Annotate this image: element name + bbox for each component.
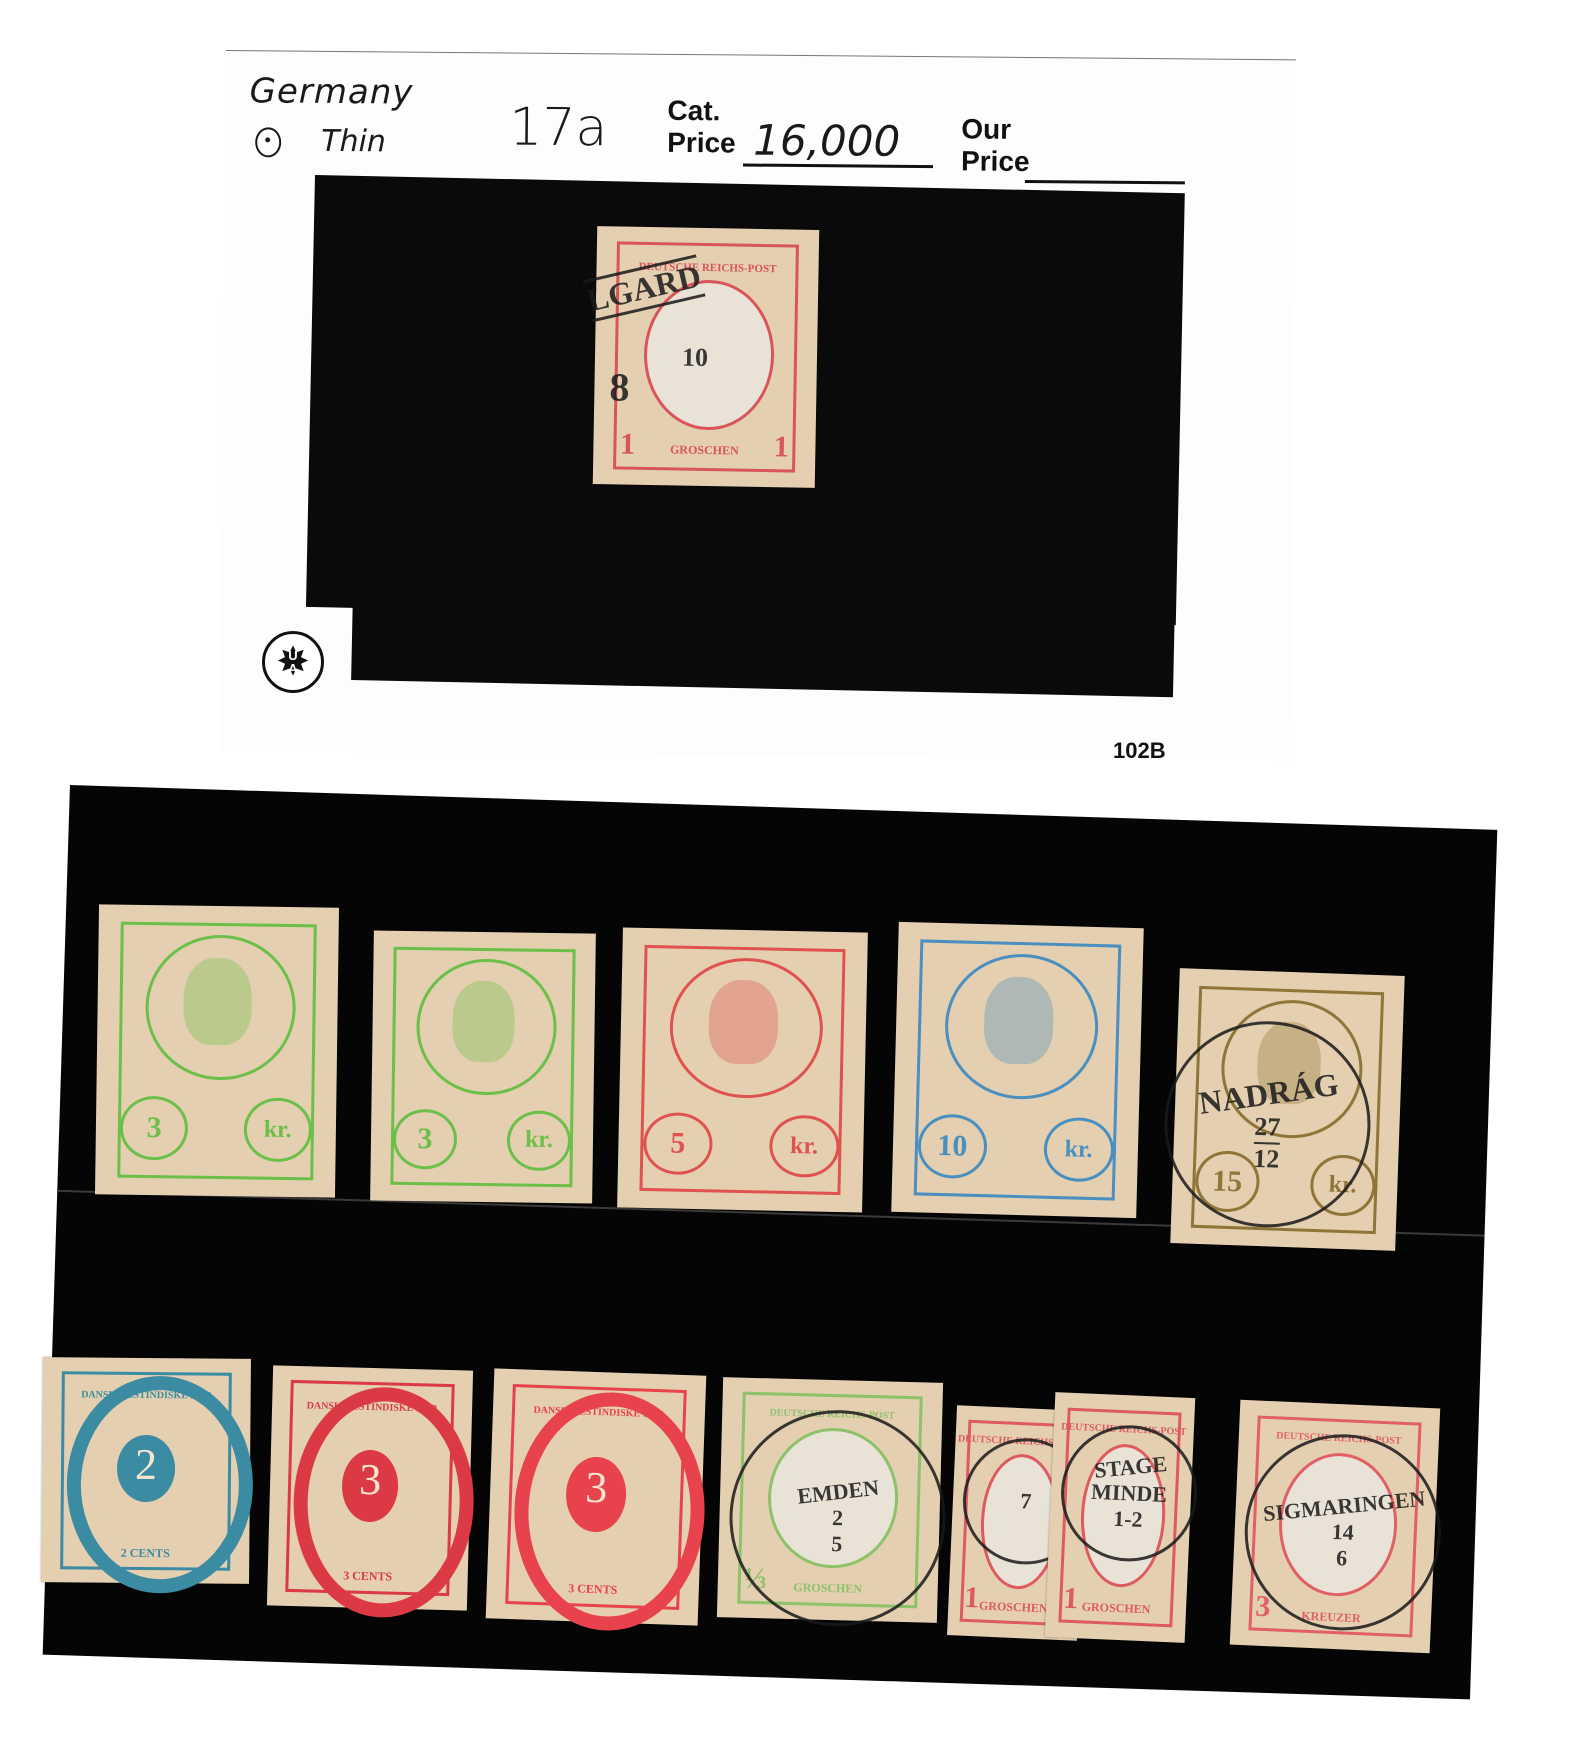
cat-price-value: 16,000 — [753, 116, 900, 166]
stamp-hungary[interactable]: 5kr. — [617, 927, 868, 1212]
portrait-head — [183, 958, 251, 1046]
stamp-danish-west-indies[interactable]: DANSK-VESTINDISKE ØER33 CENTS — [486, 1368, 707, 1625]
price-label: Price — [667, 127, 736, 160]
stamp-value: 3 — [393, 1108, 458, 1169]
stamp-danish-west-indies[interactable]: DANSK-VESTINDISKE ØER33 CENTS — [267, 1365, 473, 1610]
stamp-hungary[interactable]: 10kr. — [891, 922, 1144, 1218]
stamp-value: 3 — [490, 1458, 704, 1516]
our-label: Our — [961, 113, 1030, 146]
stamp-german-empire[interactable]: DEUTSCHE REICHS-POST1GROSCHENSTAGEMINDE1… — [1045, 1392, 1196, 1643]
stamp-hungary[interactable]: 3kr. — [370, 930, 596, 1203]
stamp-german-empire[interactable]: DEUTSCHE REICHS-POST3KREUZERSIGMARINGEN1… — [1230, 1400, 1440, 1653]
price-label: Price — [961, 145, 1030, 178]
handwritten-condition: Thin — [255, 123, 386, 159]
featured-stamp[interactable]: DEUTSCHE REICHS-POST 1 GROSCHEN 1 LGARD … — [593, 226, 819, 488]
our-price-underline — [1025, 180, 1185, 184]
stamp-value: 3 — [270, 1452, 471, 1508]
used-symbol-icon — [255, 127, 281, 157]
stamp-country-text: DANSK-VESTINDISKE ØER — [43, 1389, 251, 1402]
stamp-danish-west-indies[interactable]: DANSK-VESTINDISKE ØER22 CENTS — [41, 1357, 251, 1584]
denomination-right: 1 — [774, 430, 790, 464]
stamp-german-empire[interactable]: DEUTSCHE REICHS-POST⅓GROSCHENEMDEN25 — [717, 1377, 943, 1623]
portrait-head — [708, 980, 778, 1065]
card-code: 102B — [1113, 738, 1166, 764]
stamp-mount-black-lower — [351, 590, 1175, 697]
cat-label: Cat. — [667, 95, 736, 128]
portrait-head — [452, 980, 515, 1062]
stamp-value: 2 — [42, 1438, 250, 1491]
portrait-head — [983, 976, 1054, 1065]
stamp-unit: kr. — [507, 1110, 572, 1171]
stamp-hungary[interactable]: 15kr.NADRÁG2712 — [1170, 968, 1404, 1251]
stamp-value-text: 2 CENTS — [41, 1545, 249, 1562]
our-price-label: Our Price — [961, 113, 1030, 178]
cat-price-label: Cat. Price — [667, 95, 736, 160]
cat-price-underline — [743, 164, 933, 169]
ua-logo: ✸ UA — [262, 631, 324, 693]
condition-text: Thin — [321, 124, 386, 160]
handwritten-country: Germany — [249, 71, 413, 112]
logo-letters: UA — [288, 649, 297, 675]
stamp-hungary[interactable]: 3kr. — [95, 904, 339, 1197]
catalog-number: 17a — [509, 97, 608, 158]
